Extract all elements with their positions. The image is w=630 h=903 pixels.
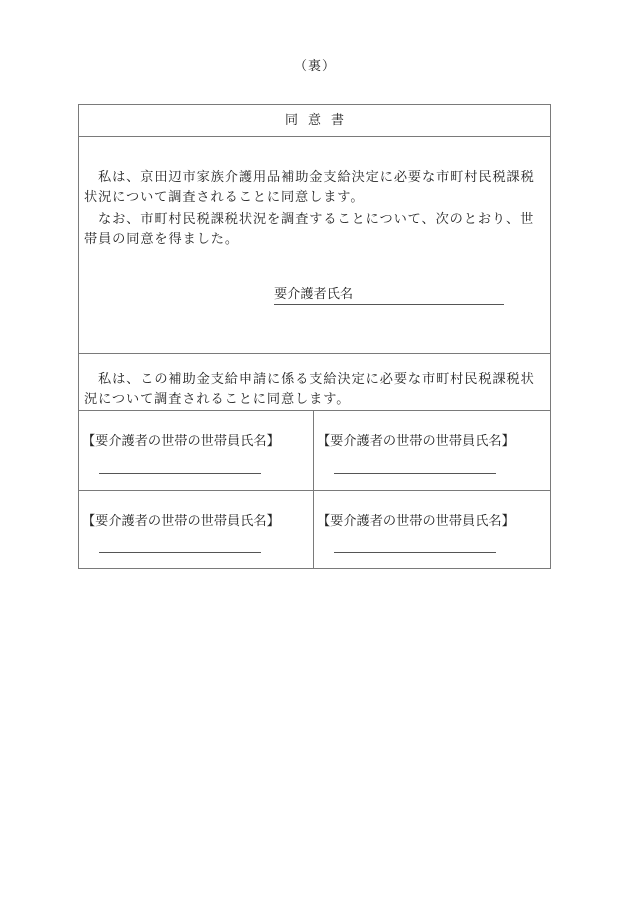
care-recipient-name-field[interactable]: 要介護者氏名 [274,287,504,305]
members-grid-middle [79,490,550,491]
member-name-field[interactable] [334,552,496,553]
consent-form: 同意書 私は、京田辺市家族介護用品補助金支給決定に必要な市町村民税課税状況につい… [78,104,551,569]
member-name-label: 【要介護者の世帯の世帯員氏名】 [82,434,280,450]
member-name-field[interactable] [99,552,261,553]
form-title: 同意書 [79,105,550,136]
title-divider [79,136,550,137]
member-name-label: 【要介護者の世帯の世帯員氏名】 [82,514,280,530]
care-recipient-name-label: 要介護者氏名 [274,287,353,302]
members-grid-top [79,410,550,411]
consent-paragraph-household: なお、市町村民税課税状況を調査することについて、次のとおり、世帯員の同意を得まし… [84,210,548,249]
page-side-label: （裏） [0,55,630,74]
member-name-field[interactable] [334,473,496,474]
member-name-label: 【要介護者の世帯の世帯員氏名】 [317,514,515,530]
section-divider [79,353,550,354]
consent-paragraph-applicant: 私は、京田辺市家族介護用品補助金支給決定に必要な市町村民税課税状況について調査さ… [84,168,548,207]
member-name-field[interactable] [99,473,261,474]
consent-paragraph-members: 私は、この補助金支給申請に係る支給決定に必要な市町村民税課税状況について調査され… [84,370,548,409]
member-name-label: 【要介護者の世帯の世帯員氏名】 [317,434,515,450]
members-grid-column-divider [313,410,314,569]
